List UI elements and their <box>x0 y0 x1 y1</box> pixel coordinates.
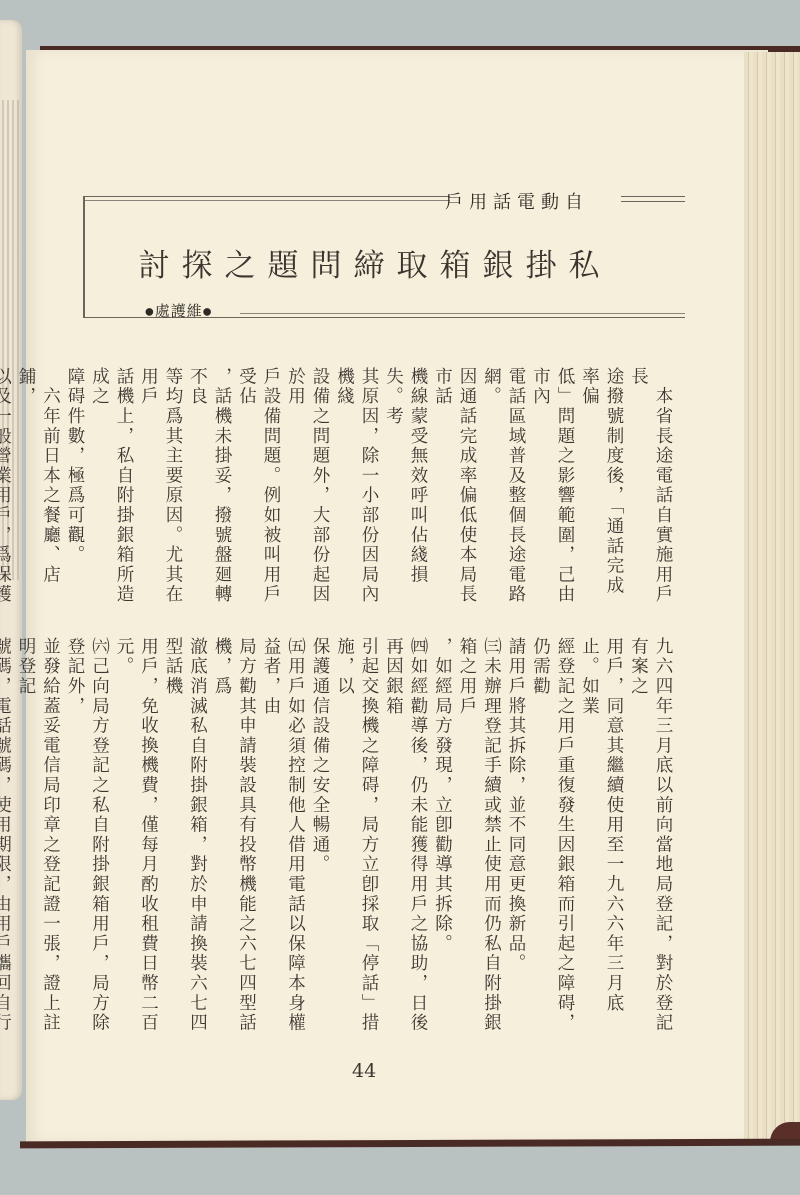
text-column: 請用戶將其拆除，並不同意更換新品。 <box>504 637 529 1037</box>
text-column: 用戶，免收換機費，僅每月酌收租費日幣二百元。 <box>112 637 161 1037</box>
text-column: 並發給蓋妥電信局印章之登記證一張，證上註明登記 <box>14 637 63 1037</box>
frame-rule <box>85 196 450 197</box>
text-column: ，如經局方發現，立卽勸導其拆除。 <box>430 637 455 1037</box>
series-label: 自動電話用戶 <box>445 188 589 214</box>
text-column: 六年前日本之餐廳、店鋪， <box>14 367 63 612</box>
text-column: 設備之問題外，大部份起因於用 <box>283 367 332 612</box>
text-column: ㈤用戶如必須控制他人借用電話以保障本身權益者，由 <box>259 637 308 1037</box>
text-column: 電話區域普及整個長途電路網。 <box>479 367 528 612</box>
text-column: ㈥己向局方登記之私自附掛銀箱用戶，局方除登記外， <box>63 637 112 1037</box>
text-column: 機線蒙受無效呼叫佔綫損失。考 <box>381 367 430 612</box>
bullet-icon: ● <box>145 307 155 318</box>
upper-text-section: 本省長途電話自實施用戶長 途撥號制度後，「通話完成率偏 低」問題之影響範圍，己由… <box>63 367 675 612</box>
page-stack-edge <box>744 52 800 1142</box>
frame-rule <box>85 200 450 201</box>
text-column: 障碍件數，極爲可觀。 <box>63 367 88 612</box>
text-column: 用戶，同意其繼續使用至一九六六年三月底止。如業 <box>577 637 626 1037</box>
page-number: 44 <box>352 1060 376 1082</box>
text-column: 以及一般營業用戶，爲保護本身 <box>0 367 14 612</box>
text-column: 其原因，除一小部份因局內機綫 <box>332 367 381 612</box>
lower-text-section: 九六四年三月底以前向當地局登記，對於登記有案之 用戶，同意其繼續使用至一九六六年… <box>63 637 675 1037</box>
text-column: 經登記之用戶重復發生因銀箱而引起之障碍，仍需勸 <box>528 637 577 1037</box>
frame-rule <box>240 313 685 314</box>
text-column: 引起交換機之障碍，局方立卽採取「停話」措施，以 <box>332 637 381 1037</box>
text-column: 話機上，私自附掛銀箱所造成之 <box>87 367 136 612</box>
text-column: 因通話完成率偏低使本局長市話 <box>430 367 479 612</box>
book-cover-bottom-edge <box>20 1139 800 1149</box>
author-byline: ●維護處● <box>145 300 212 321</box>
text-column: 戶設備問題。例如被叫用戶受佔 <box>234 367 283 612</box>
text-column: 低」問題之影響範圍，己由市內 <box>528 367 577 612</box>
text-column: 本省長途電話自實施用戶長 <box>626 367 675 612</box>
text-column: ㈢未辦理登記手續或禁止使用而仍私自附掛銀箱之用戶 <box>455 637 504 1037</box>
text-column: 等均爲其主要原因。尤其在用戶 <box>136 367 185 612</box>
text-column: 九六四年三月底以前向當地局登記，對於登記有案之 <box>626 637 675 1037</box>
text-column: ，話機未掛妥，撥號盤廻轉不良 <box>185 367 234 612</box>
text-column: ㈣如經勸導後，仍未能獲得用戶之協助，日後再因銀箱 <box>381 637 430 1037</box>
bullet-icon: ● <box>203 307 213 318</box>
text-column: 澈底消滅私自附掛銀箱，對於申請換裝六七四型話機 <box>161 637 210 1037</box>
frame-rule <box>621 196 685 202</box>
author-name: 維護處 <box>155 302 203 320</box>
text-column: 號碼，電話號碼，使用期限，由用戶攜回自行粘貼於 <box>0 637 14 1037</box>
text-column: 局方勸其申請裝設具有投幣機能之六七四型話機，爲 <box>210 637 259 1037</box>
text-column: 保護通信設備之安全暢通。 <box>308 637 333 1037</box>
text-column: 途撥號制度後，「通話完成率偏 <box>577 367 626 612</box>
article-title: 私掛銀箱取締問題之探討 <box>130 240 620 285</box>
